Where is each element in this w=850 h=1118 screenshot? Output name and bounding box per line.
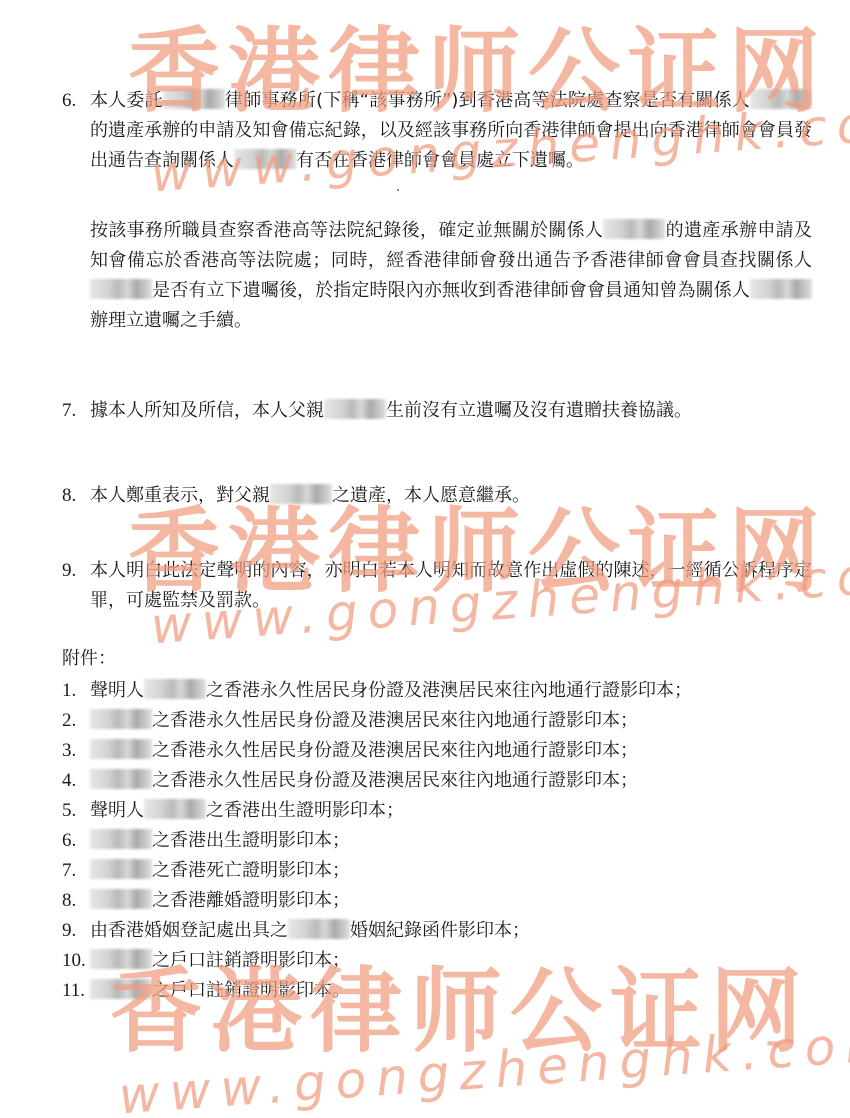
attachment-item: 10.之戶口註銷證明影印本； — [62, 946, 802, 976]
redacted-name — [603, 219, 665, 239]
redacted-name — [324, 399, 386, 419]
text: 律師事務所(下稱“該事務所”)到香港高等法院處查察是否有關係人 — [225, 90, 750, 111]
redacted-name — [90, 829, 152, 849]
paragraph-7: 7. 據本人所知及所信，本人父親生前沒有立遺囑及沒有遺贈扶養協議。 — [62, 396, 812, 426]
redacted-name — [90, 279, 152, 299]
text: 據本人所知及所信，本人父親 — [90, 400, 324, 421]
redacted-name — [163, 89, 225, 109]
redacted-name — [144, 799, 206, 819]
attachment-item: 5.聲明人之香港出生證明影印本； — [62, 796, 802, 826]
attachments-list: 1.聲明人之香港永久性居民身份證及港澳居民來往內地通行證影印本； 2.之香港永久… — [62, 676, 802, 1006]
redacted-name — [288, 919, 350, 939]
attachment-item: 7.之香港死亡證明影印本； — [62, 856, 802, 886]
redacted-name — [90, 949, 152, 969]
text: 本人明白此法定聲明的內容，亦明白若本人明知而故意作出虛假的陳述，一經循公訴程序定… — [90, 560, 812, 611]
text: 之遺產，本人愿意繼承。 — [332, 485, 530, 506]
document-page: 6. 本人委託律師事務所(下稱“該事務所”)到香港高等法院處查察是否有關係人的遺… — [0, 0, 850, 1118]
text: 本人鄭重表示，對父親 — [90, 485, 270, 506]
paragraph-number: 6. — [62, 86, 90, 116]
redacted-name — [750, 279, 812, 299]
redacted-name — [270, 484, 332, 504]
attachment-item: 1.聲明人之香港永久性居民身份證及港澳居民來往內地通行證影印本； — [62, 676, 802, 706]
attachment-item: 9.由香港婚姻登記處出具之婚姻紀錄函件影印本； — [62, 916, 802, 946]
paragraph-8: 8. 本人鄭重表示，對父親之遺產，本人愿意繼承。 — [62, 481, 812, 511]
paragraph-6: 6. 本人委託律師事務所(下稱“該事務所”)到香港高等法院處查察是否有關係人的遺… — [62, 86, 812, 176]
attachment-item: 4.之香港永久性居民身份證及港澳居民來往內地通行證影印本； — [62, 766, 802, 796]
text: 辦理立遺囑之手續。 — [90, 310, 252, 331]
text: 本人委託 — [90, 90, 163, 111]
text: 是否有立下遺囑後，於指定時限內亦無收到香港律師會會員通知曾為關係人 — [152, 280, 750, 301]
attachment-item: 11.之戶口註銷證明影印本。 — [62, 976, 802, 1006]
paragraph-6-followup: 按該事務所職員查察香港高等法院紀錄後，確定並無關於關係人的遺產承辦申請及知會備忘… — [90, 216, 812, 336]
redacted-name — [90, 769, 152, 789]
redacted-name — [90, 979, 152, 999]
paragraph-number: 7. — [62, 396, 90, 426]
redacted-name — [234, 149, 296, 169]
watermark-url: www.gongzhenghk.com — [117, 1013, 850, 1118]
scan-speck — [397, 189, 399, 191]
attachments-heading: 附件： — [62, 646, 116, 672]
attachment-item: 6.之香港出生證明影印本； — [62, 826, 802, 856]
redacted-name — [90, 739, 152, 759]
attachment-item: 3.之香港永久性居民身份證及港澳居民來往內地通行證影印本； — [62, 736, 802, 766]
text: 生前沒有立遺囑及沒有遺贈扶養協議。 — [386, 400, 692, 421]
text: 按該事務所職員查察香港高等法院紀錄後，確定並無關於關係人 — [90, 220, 603, 241]
redacted-name — [90, 859, 152, 879]
redacted-name — [90, 889, 152, 909]
text: 有否在香港律師會會員處立下遺囑。 — [296, 150, 584, 171]
redacted-name — [90, 709, 152, 729]
paragraph-number: 8. — [62, 481, 90, 511]
redacted-name — [144, 679, 206, 699]
paragraph-number: 9. — [62, 556, 90, 586]
paragraph-9: 9. 本人明白此法定聲明的內容，亦明白若本人明知而故意作出虛假的陳述，一經循公訴… — [62, 556, 812, 616]
attachment-item: 2.之香港永久性居民身份證及港澳居民來往內地通行證影印本； — [62, 706, 802, 736]
redacted-name — [750, 89, 812, 109]
attachment-item: 8.之香港離婚證明影印本； — [62, 886, 802, 916]
